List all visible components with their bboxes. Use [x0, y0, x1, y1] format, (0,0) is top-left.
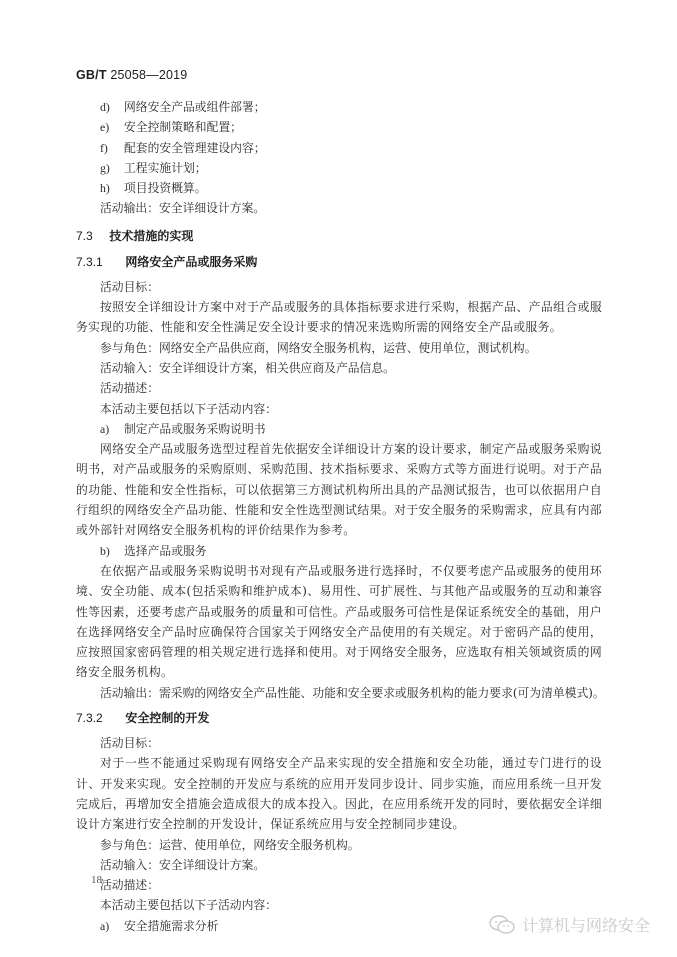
list-item: e) 安全控制策略和配置； [76, 117, 602, 137]
sub-activity-intro: 本活动主要包括以下子活动内容： [76, 399, 602, 419]
activity-desc-label: 活动描述： [76, 378, 602, 398]
list-text: 网络安全产品或组件部署； [124, 97, 266, 117]
page-number: 18 [91, 874, 102, 886]
section-title: 网络安全产品或服务采购 [125, 255, 257, 269]
wechat-icon [488, 914, 516, 936]
section-title: 安全控制的开发 [125, 711, 209, 725]
section-heading-7-3: 7.3 技术措施的实现 [76, 225, 602, 247]
list-text: 安全控制策略和配置； [124, 117, 242, 137]
standard-prefix: GB/T [76, 68, 107, 82]
document-page: GB/T 25058—2019 d) 网络安全产品或组件部署； e) 安全控制策… [0, 0, 677, 957]
list-marker: f) [100, 138, 124, 158]
activity-output: 活动输出：安全详细设计方案。 [76, 198, 602, 218]
list-marker: b) [100, 541, 124, 561]
standard-header: GB/T 25058—2019 [76, 68, 187, 82]
list-item: d) 网络安全产品或组件部署； [76, 97, 602, 117]
list-marker: h) [100, 178, 124, 198]
activity-goal-text: 对于一些不能通过采购现有网络安全产品来实现的安全措施和安全功能，通过专门进行的设… [76, 753, 602, 834]
list-marker: a) [100, 916, 124, 936]
list-text: 项目投资概算。 [124, 178, 207, 198]
list-marker: e) [100, 117, 124, 137]
list-text: 配套的安全管理建设内容； [124, 138, 266, 158]
sub-activity-a-text: 网络安全产品或服务选型过程首先依据安全详细设计方案的设计要求，制定产品或服务采购… [76, 439, 602, 540]
section-heading-7-3-2: 7.3.2 安全控制的开发 [76, 707, 602, 729]
activity-goal-label: 活动目标： [76, 277, 602, 297]
activity-roles: 参与角色：网络安全产品供应商，网络安全服务机构，运营、使用单位，测试机构。 [76, 338, 602, 358]
list-text: 工程实施计划； [124, 158, 207, 178]
activity-desc-label: 活动描述： [76, 875, 602, 895]
activity-goal-label: 活动目标： [76, 733, 602, 753]
list-marker: g) [100, 158, 124, 178]
sub-activity-a: a) 制定产品或服务采购说明书 [76, 419, 602, 439]
list-item: h) 项目投资概算。 [76, 178, 602, 198]
list-item: f) 配套的安全管理建设内容； [76, 138, 602, 158]
section-number: 7.3.1 [76, 251, 122, 273]
watermark: 计算机与网络安全 [488, 913, 650, 936]
activity-goal-text: 按照安全详细设计方案中对于产品或服务的具体指标要求进行采购，根据产品、产品组合或… [76, 297, 602, 338]
list-marker: a) [100, 419, 124, 439]
activity-roles: 参与角色：运营、使用单位，网络安全服务机构。 [76, 835, 602, 855]
list-marker: d) [100, 97, 124, 117]
activity-output: 活动输出：需采购的网络安全产品性能、功能和安全要求或服务机构的能力要求(可为清单… [76, 683, 602, 703]
list-item: g) 工程实施计划； [76, 158, 602, 178]
sub-activity-b: b) 选择产品或服务 [76, 541, 602, 561]
activity-input: 活动输入：安全详细设计方案。 [76, 855, 602, 875]
standard-number: 25058—2019 [110, 68, 187, 82]
sub-activity-b-text: 在依据产品或服务采购说明书对现有产品或服务进行选择时，不仅要考虑产品或服务的使用… [76, 561, 602, 683]
watermark-text: 计算机与网络安全 [522, 913, 650, 936]
section-heading-7-3-1: 7.3.1 网络安全产品或服务采购 [76, 251, 602, 273]
document-body: d) 网络安全产品或组件部署； e) 安全控制策略和配置； f) 配套的安全管理… [76, 97, 602, 936]
section-number: 7.3 [76, 225, 106, 247]
section-number: 7.3.2 [76, 707, 122, 729]
section-title: 技术措施的实现 [109, 229, 193, 243]
sub-activity-title: 选择产品或服务 [124, 541, 207, 561]
sub-activity-title: 安全措施需求分析 [124, 916, 218, 936]
sub-activity-title: 制定产品或服务采购说明书 [124, 419, 266, 439]
activity-input: 活动输入：安全详细设计方案，相关供应商及产品信息。 [76, 358, 602, 378]
